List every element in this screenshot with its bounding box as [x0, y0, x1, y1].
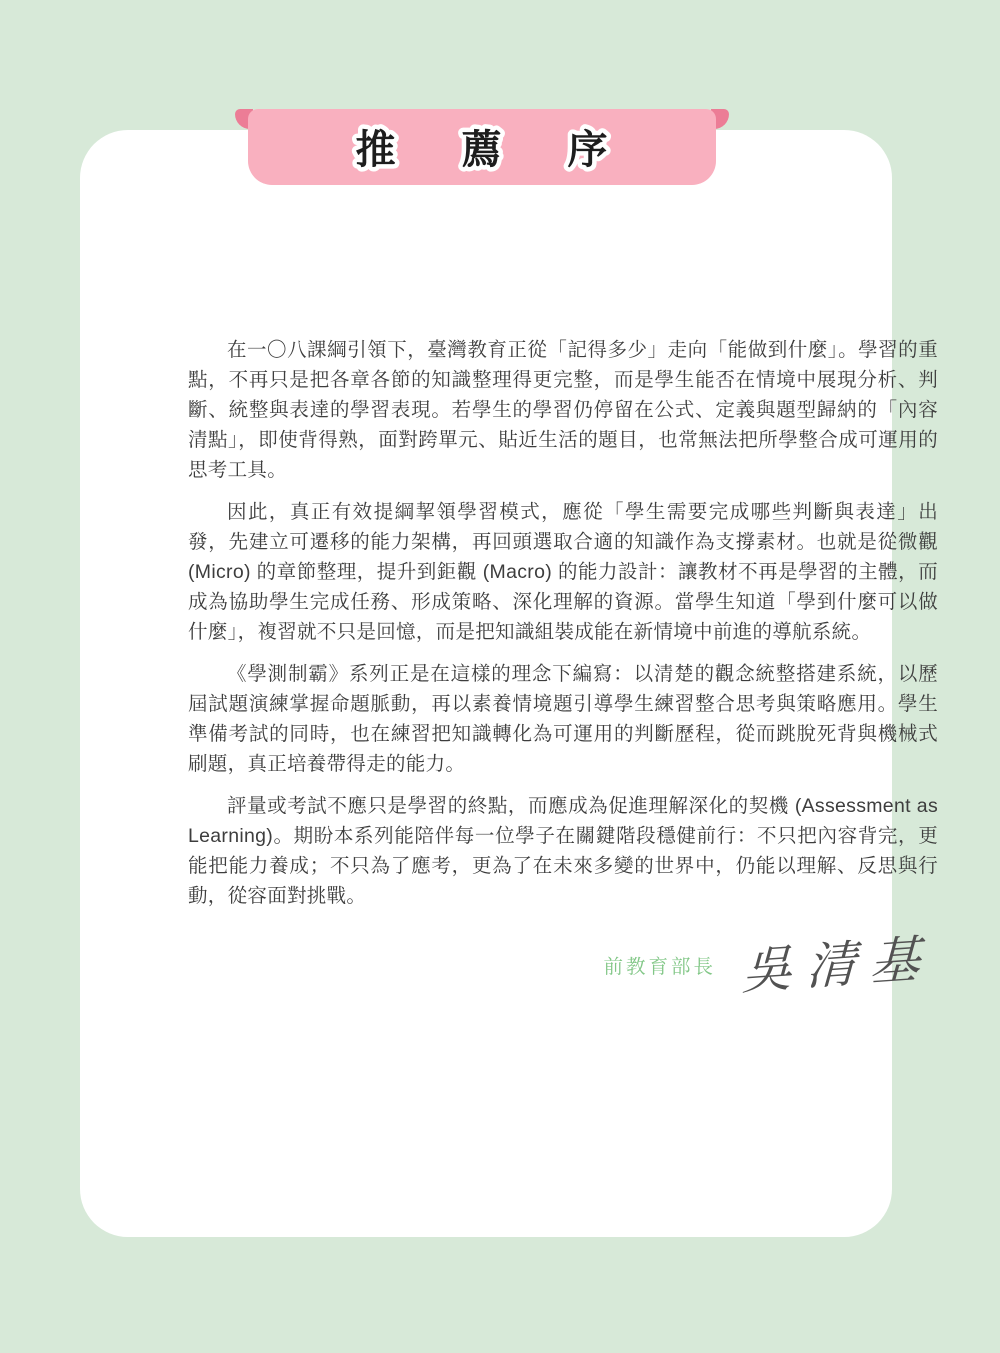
paragraph-1: 在一〇八課綱引領下，臺灣教育正從「記得多少」走向「能做到什麼」。學習的重點，不再…	[188, 335, 938, 485]
page-title-text: 推 薦 序	[356, 128, 621, 172]
paragraph-3: 《學測制霸》系列正是在這樣的理念下編寫：以清楚的觀念統整搭建系統，以歷屆試題演練…	[188, 659, 938, 779]
handwritten-signature: 吳清基	[741, 933, 934, 997]
content-card: 在一〇八課綱引領下，臺灣教育正從「記得多少」走向「能做到什麼」。學習的重點，不再…	[80, 130, 892, 1237]
title-banner: 推 薦 序	[248, 109, 716, 185]
paragraph-2: 因此，真正有效提綱挈領學習模式，應從「學生需要完成哪些判斷與表達」出發，先建立可…	[188, 497, 938, 647]
page-title: 推 薦 序	[248, 109, 716, 185]
preface-page: 在一〇八課綱引領下，臺灣教育正從「記得多少」走向「能做到什麼」。學習的重點，不再…	[0, 0, 1000, 1353]
signature-block: 前教育部長 吳清基	[188, 923, 938, 1007]
paragraph-4: 評量或考試不應只是學習的終點，而應成為促進理解深化的契機 (Assessment…	[188, 791, 938, 911]
signer-role-label: 前教育部長	[603, 951, 716, 979]
preface-body: 在一〇八課綱引領下，臺灣教育正從「記得多少」走向「能做到什麼」。學習的重點，不再…	[188, 335, 938, 1007]
title-ribbon: 推 薦 序	[248, 109, 716, 185]
